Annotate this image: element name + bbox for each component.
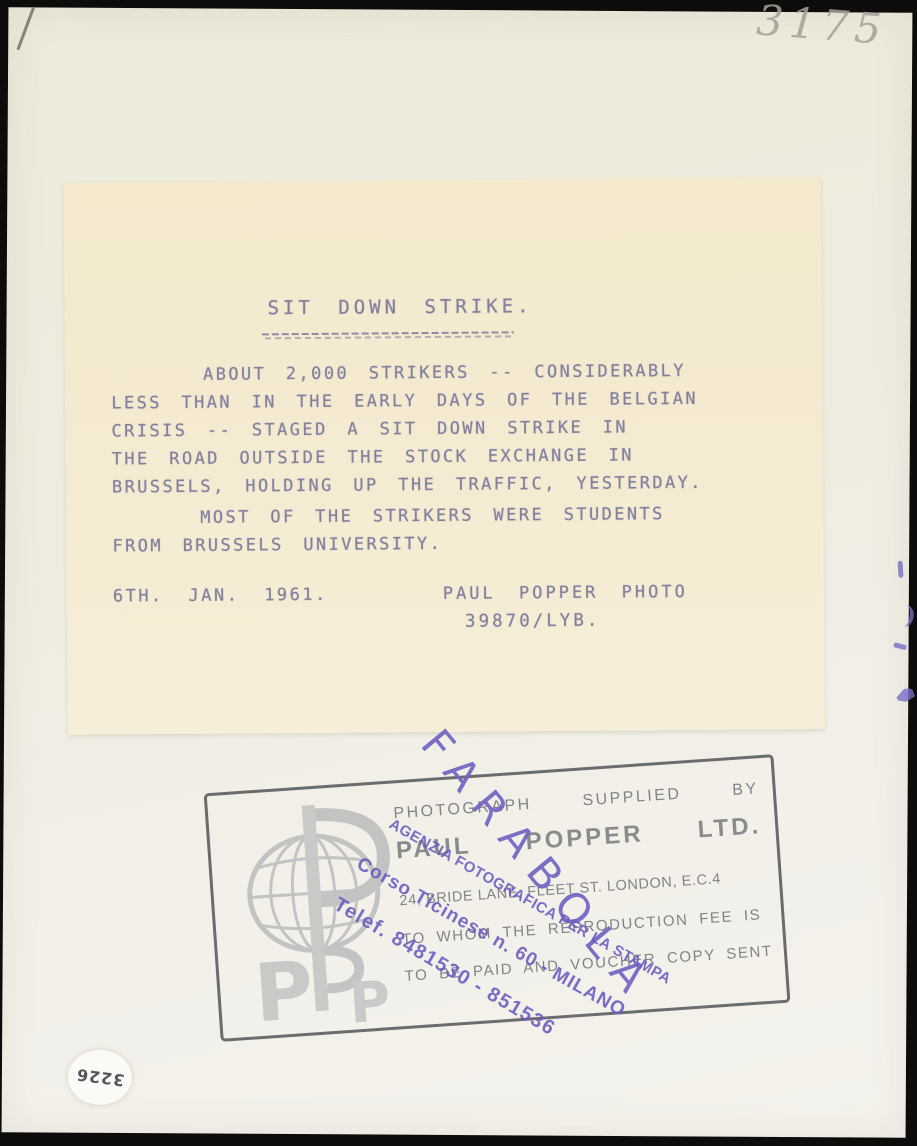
stamp-word: BY — [732, 780, 760, 800]
caption-line: FROM BRUSSELS UNIVERSITY. — [112, 532, 665, 564]
handwritten-archive-number: 3175 — [755, 0, 889, 54]
caption-paragraph-2: MOST OF THE STRIKERS WERE STUDENTS FROM … — [112, 504, 665, 564]
ink-mark — [893, 642, 907, 650]
logo-letter-p: P — [251, 943, 316, 1030]
photo-reference-number: 39870/LYB. — [465, 611, 601, 632]
caption-line: BRUSSELS, HOLDING UP THE TRAFFIC, YESTER… — [112, 473, 703, 506]
title-underline — [262, 331, 514, 339]
caption-date: 6TH. JAN. 1961. — [113, 585, 328, 607]
caption-title: SIT DOWN STRIKE. — [267, 295, 532, 319]
caption-paragraph-1: ABOUT 2,000 STRIKERS -- CONSIDERABLY LES… — [111, 361, 703, 506]
ink-mark — [894, 604, 915, 628]
photo-credit: PAUL POPPER PHOTO — [443, 582, 688, 604]
stamp-word: SUPPLIED — [582, 786, 682, 811]
logo-letter-p: P — [347, 969, 392, 1031]
popper-globe-logo-icon: P P — [219, 787, 410, 1031]
caption-card: SIT DOWN STRIKE. ABOUT 2,000 STRIKERS --… — [64, 177, 825, 735]
photo-back-paper: 3175 SIT DOWN STRIKE. ABOUT 2,000 STRIKE… — [2, 7, 913, 1138]
ink-mark — [895, 686, 916, 704]
number-sticker: 3226 — [68, 1050, 132, 1105]
sticker-number: 3226 — [75, 1065, 126, 1090]
caption-line: MOST OF THE STRIKERS WERE STUDENTS — [112, 504, 665, 536]
pencil-tick-mark — [16, 6, 35, 50]
stamp-word: LTD. — [697, 812, 762, 844]
ink-mark — [897, 561, 903, 578]
